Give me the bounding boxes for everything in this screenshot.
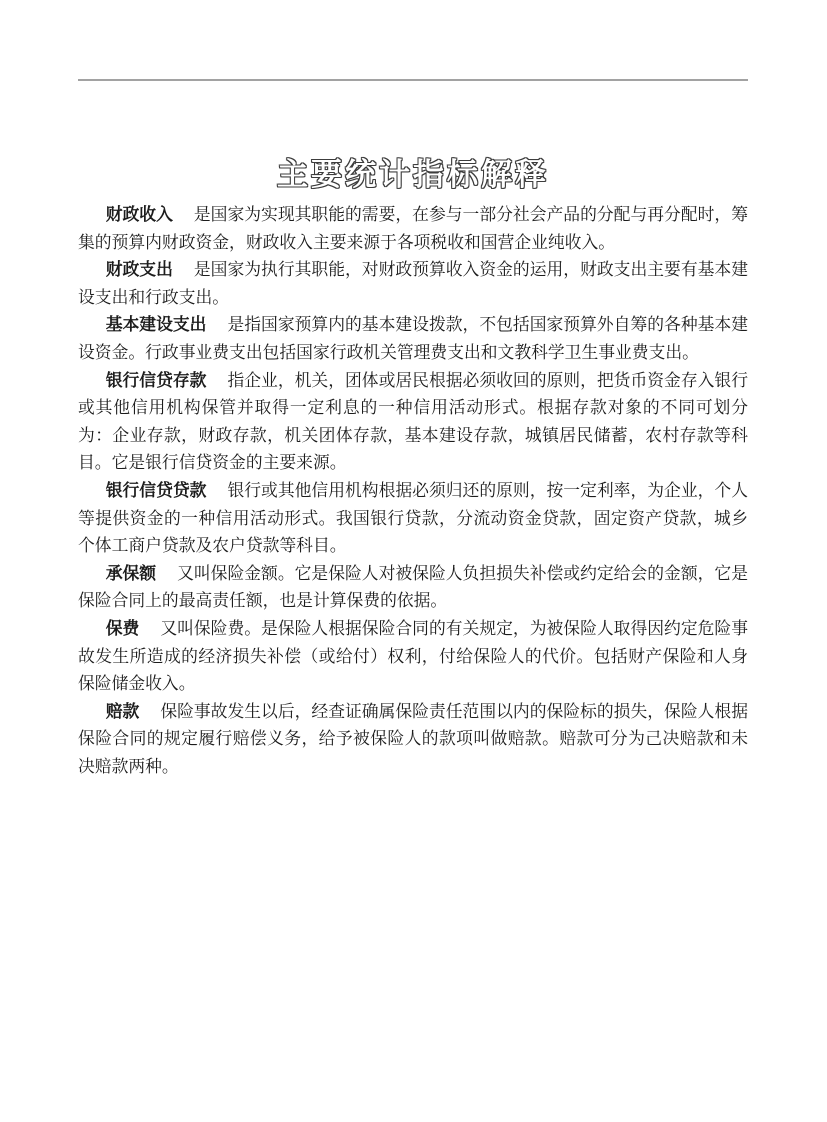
definition-paragraph: 银行信贷存款指企业，机关，团体或居民根据必须收回的原则，把货币资金存入银行或其他…: [78, 367, 748, 477]
definition-paragraph: 财政支出是国家为执行其职能，对财政预算收入资金的运用，财政支出主要有基本建设支出…: [78, 256, 748, 311]
term-label: 赔款: [106, 702, 140, 721]
term-label: 财政支出: [106, 260, 173, 279]
definition-paragraph: 保费又叫保险费。是保险人根据保险合同的有关规定，为被保险人取得因约定危险事故发生…: [78, 615, 748, 698]
term-label: 承保额: [106, 564, 156, 583]
definition-paragraph: 承保额又叫保险金额。它是保险人对被保险人负担损失补偿或约定给会的金额，它是保险合…: [78, 560, 748, 615]
document-body: 财政收入是国家为实现其职能的需要，在参与一部分社会产品的分配与再分配时，筹集的预…: [78, 201, 748, 780]
definition-paragraph: 赔款保险事故发生以后，经查证确属保险责任范围以内的保险标的损失，保险人根据保险合…: [78, 698, 748, 781]
term-label: 基本建设支出: [106, 315, 207, 334]
definition-paragraph: 银行信贷贷款银行或其他信用机构根据必须归还的原则，按一定利率，为企业，个人等提供…: [78, 477, 748, 560]
definition-paragraph: 财政收入是国家为实现其职能的需要，在参与一部分社会产品的分配与再分配时，筹集的预…: [78, 201, 748, 256]
term-label: 银行信贷存款: [106, 371, 207, 390]
term-label: 银行信贷贷款: [106, 481, 207, 500]
term-definition: 是国家为执行其职能，对财政预算收入资金的运用，财政支出主要有基本建设支出和行政支…: [78, 260, 748, 307]
term-definition: 保险事故发生以后，经查证确属保险责任范围以内的保险标的损失，保险人根据保险合同的…: [78, 702, 748, 776]
page-title: 主要统计指标解释: [78, 149, 748, 194]
term-definition: 又叫保险金额。它是保险人对被保险人负担损失补偿或约定给会的金额，它是保险合同上的…: [78, 564, 748, 611]
term-label: 财政收入: [106, 205, 173, 224]
document-page: 主要统计指标解释 财政收入是国家为实现其职能的需要，在参与一部分社会产品的分配与…: [0, 0, 827, 1122]
header-divider-rule: [78, 79, 748, 81]
term-definition: 又叫保险费。是保险人根据保险合同的有关规定，为被保险人取得因约定危险事故发生所造…: [78, 619, 748, 693]
definition-paragraph: 基本建设支出是指国家预算内的基本建设拨款，不包括国家预算外自筹的各种基本建设资金…: [78, 311, 748, 366]
term-definition: 是国家为实现其职能的需要，在参与一部分社会产品的分配与再分配时，筹集的预算内财政…: [78, 205, 748, 252]
term-label: 保费: [106, 619, 140, 638]
